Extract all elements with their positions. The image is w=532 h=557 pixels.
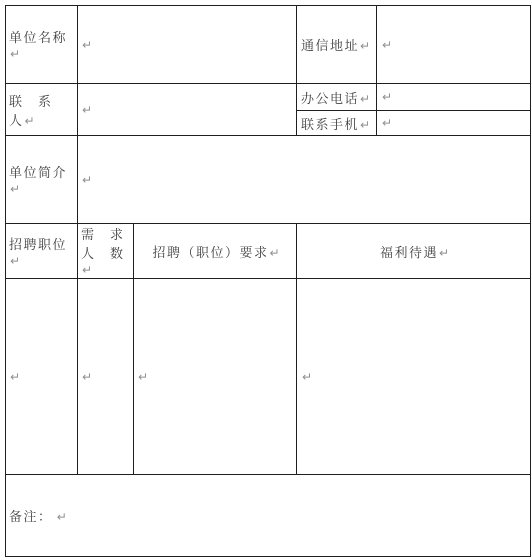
row-contact-office-phone: 联 系 人↵ ↵ 办公电话↵ ↵ <box>6 84 531 111</box>
paragraph-mark-icon: ↵ <box>81 370 92 384</box>
comm-address-label: 通信地址 <box>301 38 359 53</box>
unit-name-label: 单位名称 <box>9 30 67 45</box>
paragraph-mark-icon: ↵ <box>9 182 20 196</box>
benefits-header-label: 福利待遇 <box>380 245 438 260</box>
office-phone-label: 办公电话 <box>301 91 359 106</box>
paragraph-mark-icon: ↵ <box>359 92 370 106</box>
cell-position-value[interactable]: ↵ <box>6 279 78 475</box>
cell-office-phone-value[interactable]: ↵ <box>377 84 531 111</box>
cell-comm-address-value[interactable]: ↵ <box>377 6 531 84</box>
row-unit-name: 单位名称↵ ↵ 通信地址↵ ↵ <box>6 6 531 84</box>
paragraph-mark-icon: ↵ <box>301 370 312 384</box>
paragraph-mark-icon: ↵ <box>24 114 35 128</box>
cell-mobile-phone-label: 联系手机↵ <box>297 111 377 136</box>
paragraph-mark-icon: ↵ <box>81 38 92 52</box>
cell-unit-intro-label: 单位简介↵ <box>6 136 78 224</box>
cell-benefits-value[interactable]: ↵ <box>297 279 531 475</box>
paragraph-mark-icon: ↵ <box>9 254 20 268</box>
recruitment-form-table: 单位名称↵ ↵ 通信地址↵ ↵ 联 系 人↵ ↵ 办公电话↵ ↵ 联系手机↵ <box>5 5 531 557</box>
requirements-header-label: 招聘（职位）要求 <box>152 245 268 260</box>
mobile-phone-label: 联系手机 <box>301 117 359 132</box>
unit-intro-label: 单位简介 <box>9 165 67 180</box>
cell-unit-name-label: 单位名称↵ <box>6 6 78 84</box>
cell-headcount-value[interactable]: ↵ <box>78 279 134 475</box>
cell-contact-value[interactable]: ↵ <box>78 84 297 136</box>
paragraph-mark-icon: ↵ <box>9 47 20 61</box>
row-entry: ↵ ↵ ↵ ↵ <box>6 279 531 475</box>
row-remarks: 备注： ↵ <box>6 475 531 557</box>
cell-mobile-phone-value[interactable]: ↵ <box>377 111 531 136</box>
paragraph-mark-icon: ↵ <box>381 90 392 104</box>
header-benefits: 福利待遇↵ <box>297 224 531 279</box>
header-headcount: 需 求 人 数↵ <box>78 224 134 279</box>
cell-unit-intro-value[interactable]: ↵ <box>78 136 531 224</box>
header-requirements: 招聘（职位）要求↵ <box>134 224 297 279</box>
paragraph-mark-icon: ↵ <box>359 39 370 53</box>
paragraph-mark-icon: ↵ <box>81 263 92 277</box>
paragraph-mark-icon: ↵ <box>359 118 370 132</box>
header-position: 招聘职位↵ <box>6 224 78 279</box>
paragraph-mark-icon: ↵ <box>268 246 279 260</box>
row-unit-intro: 单位简介↵ ↵ <box>6 136 531 224</box>
paragraph-mark-icon: ↵ <box>81 103 92 117</box>
cell-unit-name-value[interactable]: ↵ <box>78 6 297 84</box>
remarks-label: 备注： <box>9 509 53 524</box>
paragraph-mark-icon: ↵ <box>381 38 392 52</box>
paragraph-mark-icon: ↵ <box>56 510 67 524</box>
cell-contact-label: 联 系 人↵ <box>6 84 78 136</box>
paragraph-mark-icon: ↵ <box>9 370 20 384</box>
cell-remarks[interactable]: 备注： ↵ <box>6 475 531 557</box>
contact-label: 联 系 人 <box>9 94 67 128</box>
row-headers: 招聘职位↵ 需 求 人 数↵ 招聘（职位）要求↵ 福利待遇↵ <box>6 224 531 279</box>
cell-requirements-value[interactable]: ↵ <box>134 279 297 475</box>
headcount-header-label: 需 求 人 数 <box>81 227 125 261</box>
paragraph-mark-icon: ↵ <box>137 370 148 384</box>
paragraph-mark-icon: ↵ <box>381 116 392 130</box>
cell-comm-address-label: 通信地址↵ <box>297 6 377 84</box>
paragraph-mark-icon: ↵ <box>438 246 449 260</box>
cell-office-phone-label: 办公电话↵ <box>297 84 377 111</box>
position-header-label: 招聘职位 <box>9 237 67 252</box>
paragraph-mark-icon: ↵ <box>81 173 92 187</box>
